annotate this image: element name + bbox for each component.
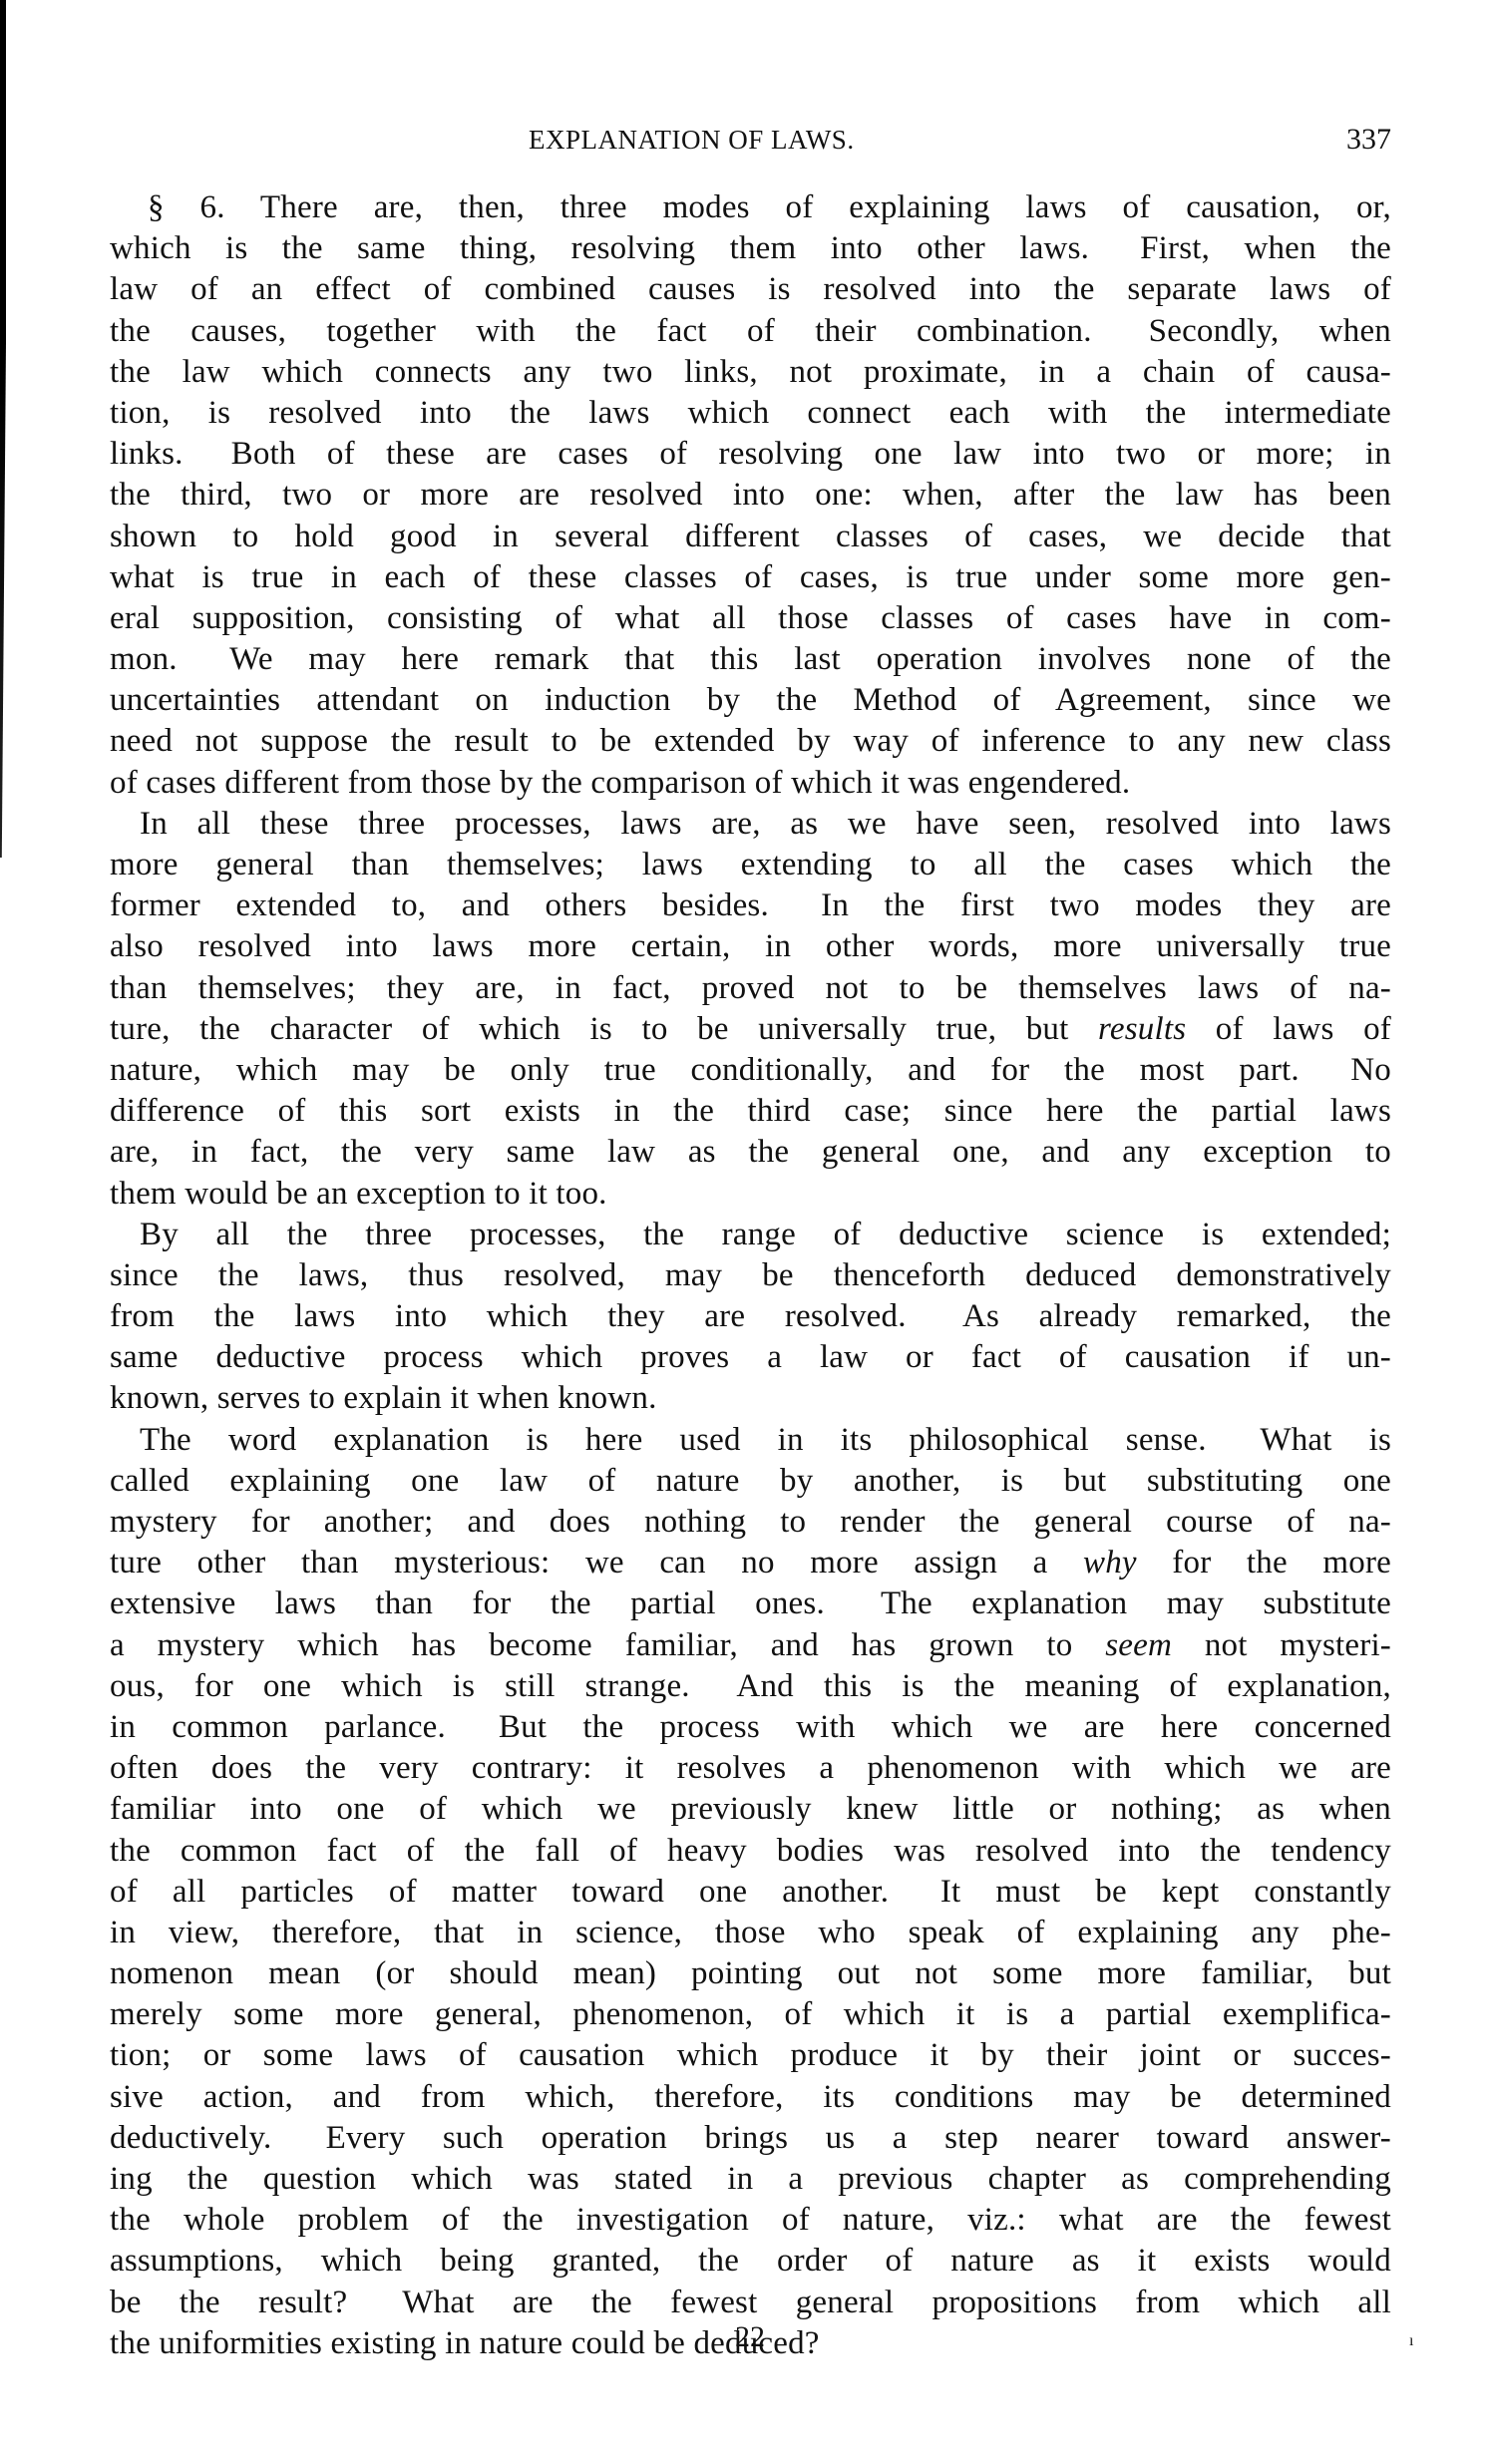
text-line: difference of this sort exists in the th…: [110, 1091, 1391, 1132]
text-line: The word explanation is here used in its…: [110, 1420, 1391, 1461]
text-line: a mystery which has become familiar, and…: [110, 1625, 1391, 1666]
text-line: need not suppose the result to be extend…: [110, 721, 1391, 762]
text-line: shown to hold good in several different …: [110, 517, 1391, 557]
text-line: familiar into one of which we previously…: [110, 1789, 1391, 1830]
text-line: the common fact of the fall of heavy bod…: [110, 1831, 1391, 1872]
text-line: tion; or some laws of causation which pr…: [110, 2035, 1391, 2076]
italic-word: seem: [1105, 1627, 1172, 1663]
text-line: in common parlance. But the process with…: [110, 1707, 1391, 1748]
text-line: the law which connects any two links, no…: [110, 352, 1391, 393]
text-line: sive action, and from which, therefore, …: [110, 2077, 1391, 2118]
text-line: than themselves; they are, in fact, prov…: [110, 968, 1391, 1009]
text-line: often does the very contrary: it resolve…: [110, 1748, 1391, 1789]
text-line: of cases different from those by the com…: [110, 763, 1391, 804]
text-line: mystery for another; and does nothing to…: [110, 1502, 1391, 1543]
text-line: In all these three processes, laws are, …: [110, 804, 1391, 845]
text-line: eral supposition, consisting of what all…: [110, 598, 1391, 639]
text-line: law of an effect of combined causes is r…: [110, 269, 1391, 310]
text-line: since the laws, thus resolved, may be th…: [110, 1255, 1391, 1296]
stray-mark: ı: [1409, 2333, 1413, 2349]
text-line: also resolved into laws more certain, in…: [110, 926, 1391, 967]
running-title: EXPLANATION OF LAWS.: [529, 124, 855, 156]
text-line: the causes, together with the fact of th…: [110, 311, 1391, 352]
text-line: links. Both of these are cases of resolv…: [110, 434, 1391, 475]
text-line: ture other than mysterious: we can no mo…: [110, 1543, 1391, 1584]
running-head: EXPLANATION OF LAWS. 337: [110, 124, 1391, 156]
text-line: them would be an exception to it too.: [110, 1174, 1391, 1215]
text-line: deductively. Every such operation brings…: [110, 2118, 1391, 2159]
text-line: called explaining one law of nature by a…: [110, 1461, 1391, 1502]
text-line: former extended to, and others besides. …: [110, 885, 1391, 926]
text-line: are, in fact, the very same law as the g…: [110, 1132, 1391, 1173]
text-line: ous, for one which is still strange. And…: [110, 1666, 1391, 1707]
text-line: which is the same thing, resolving them …: [110, 228, 1391, 269]
text-line: § 6. There are, then, three modes of exp…: [110, 187, 1391, 228]
text-line: By all the three processes, the range of…: [110, 1215, 1391, 1255]
text-line: more general than themselves; laws exten…: [110, 845, 1391, 885]
signature-mark: 22: [735, 2321, 765, 2353]
text-line: ture, the character of which is to be un…: [110, 1009, 1391, 1050]
text-line: known, serves to explain it when known.: [110, 1378, 1391, 1419]
text-line: nomenon mean (or should mean) pointing o…: [110, 1953, 1391, 1994]
text-line: assumptions, which being granted, the or…: [110, 2241, 1391, 2282]
text-line: ing the question which was stated in a p…: [110, 2159, 1391, 2200]
text-line: the whole problem of the investigation o…: [110, 2200, 1391, 2241]
text-line: nature, which may be only true condition…: [110, 1050, 1391, 1091]
italic-word: why: [1083, 1545, 1137, 1581]
scan-edge-rule: [0, 0, 6, 858]
page-number: 337: [1346, 124, 1391, 156]
italic-word: results: [1098, 1011, 1186, 1047]
text-line: the third, two or more are resolved into…: [110, 475, 1391, 516]
text-line: merely some more general, phenomenon, of…: [110, 1994, 1391, 2035]
text-line: extensive laws than for the partial ones…: [110, 1584, 1391, 1624]
text-line: in view, therefore, that in science, tho…: [110, 1913, 1391, 1953]
text-line: uncertainties attendant on induction by …: [110, 680, 1391, 721]
text-line: mon. We may here remark that this last o…: [110, 639, 1391, 680]
text-line: what is true in each of these classes of…: [110, 557, 1391, 598]
text-line: of all particles of matter toward one an…: [110, 1872, 1391, 1913]
body-text: § 6. There are, then, three modes of exp…: [110, 187, 1391, 2364]
text-line: be the result? What are the fewest gener…: [110, 2283, 1391, 2323]
text-line: tion, is resolved into the laws which co…: [110, 393, 1391, 434]
text-line: from the laws into which they are resolv…: [110, 1296, 1391, 1337]
text-line: same deductive process which proves a la…: [110, 1337, 1391, 1378]
